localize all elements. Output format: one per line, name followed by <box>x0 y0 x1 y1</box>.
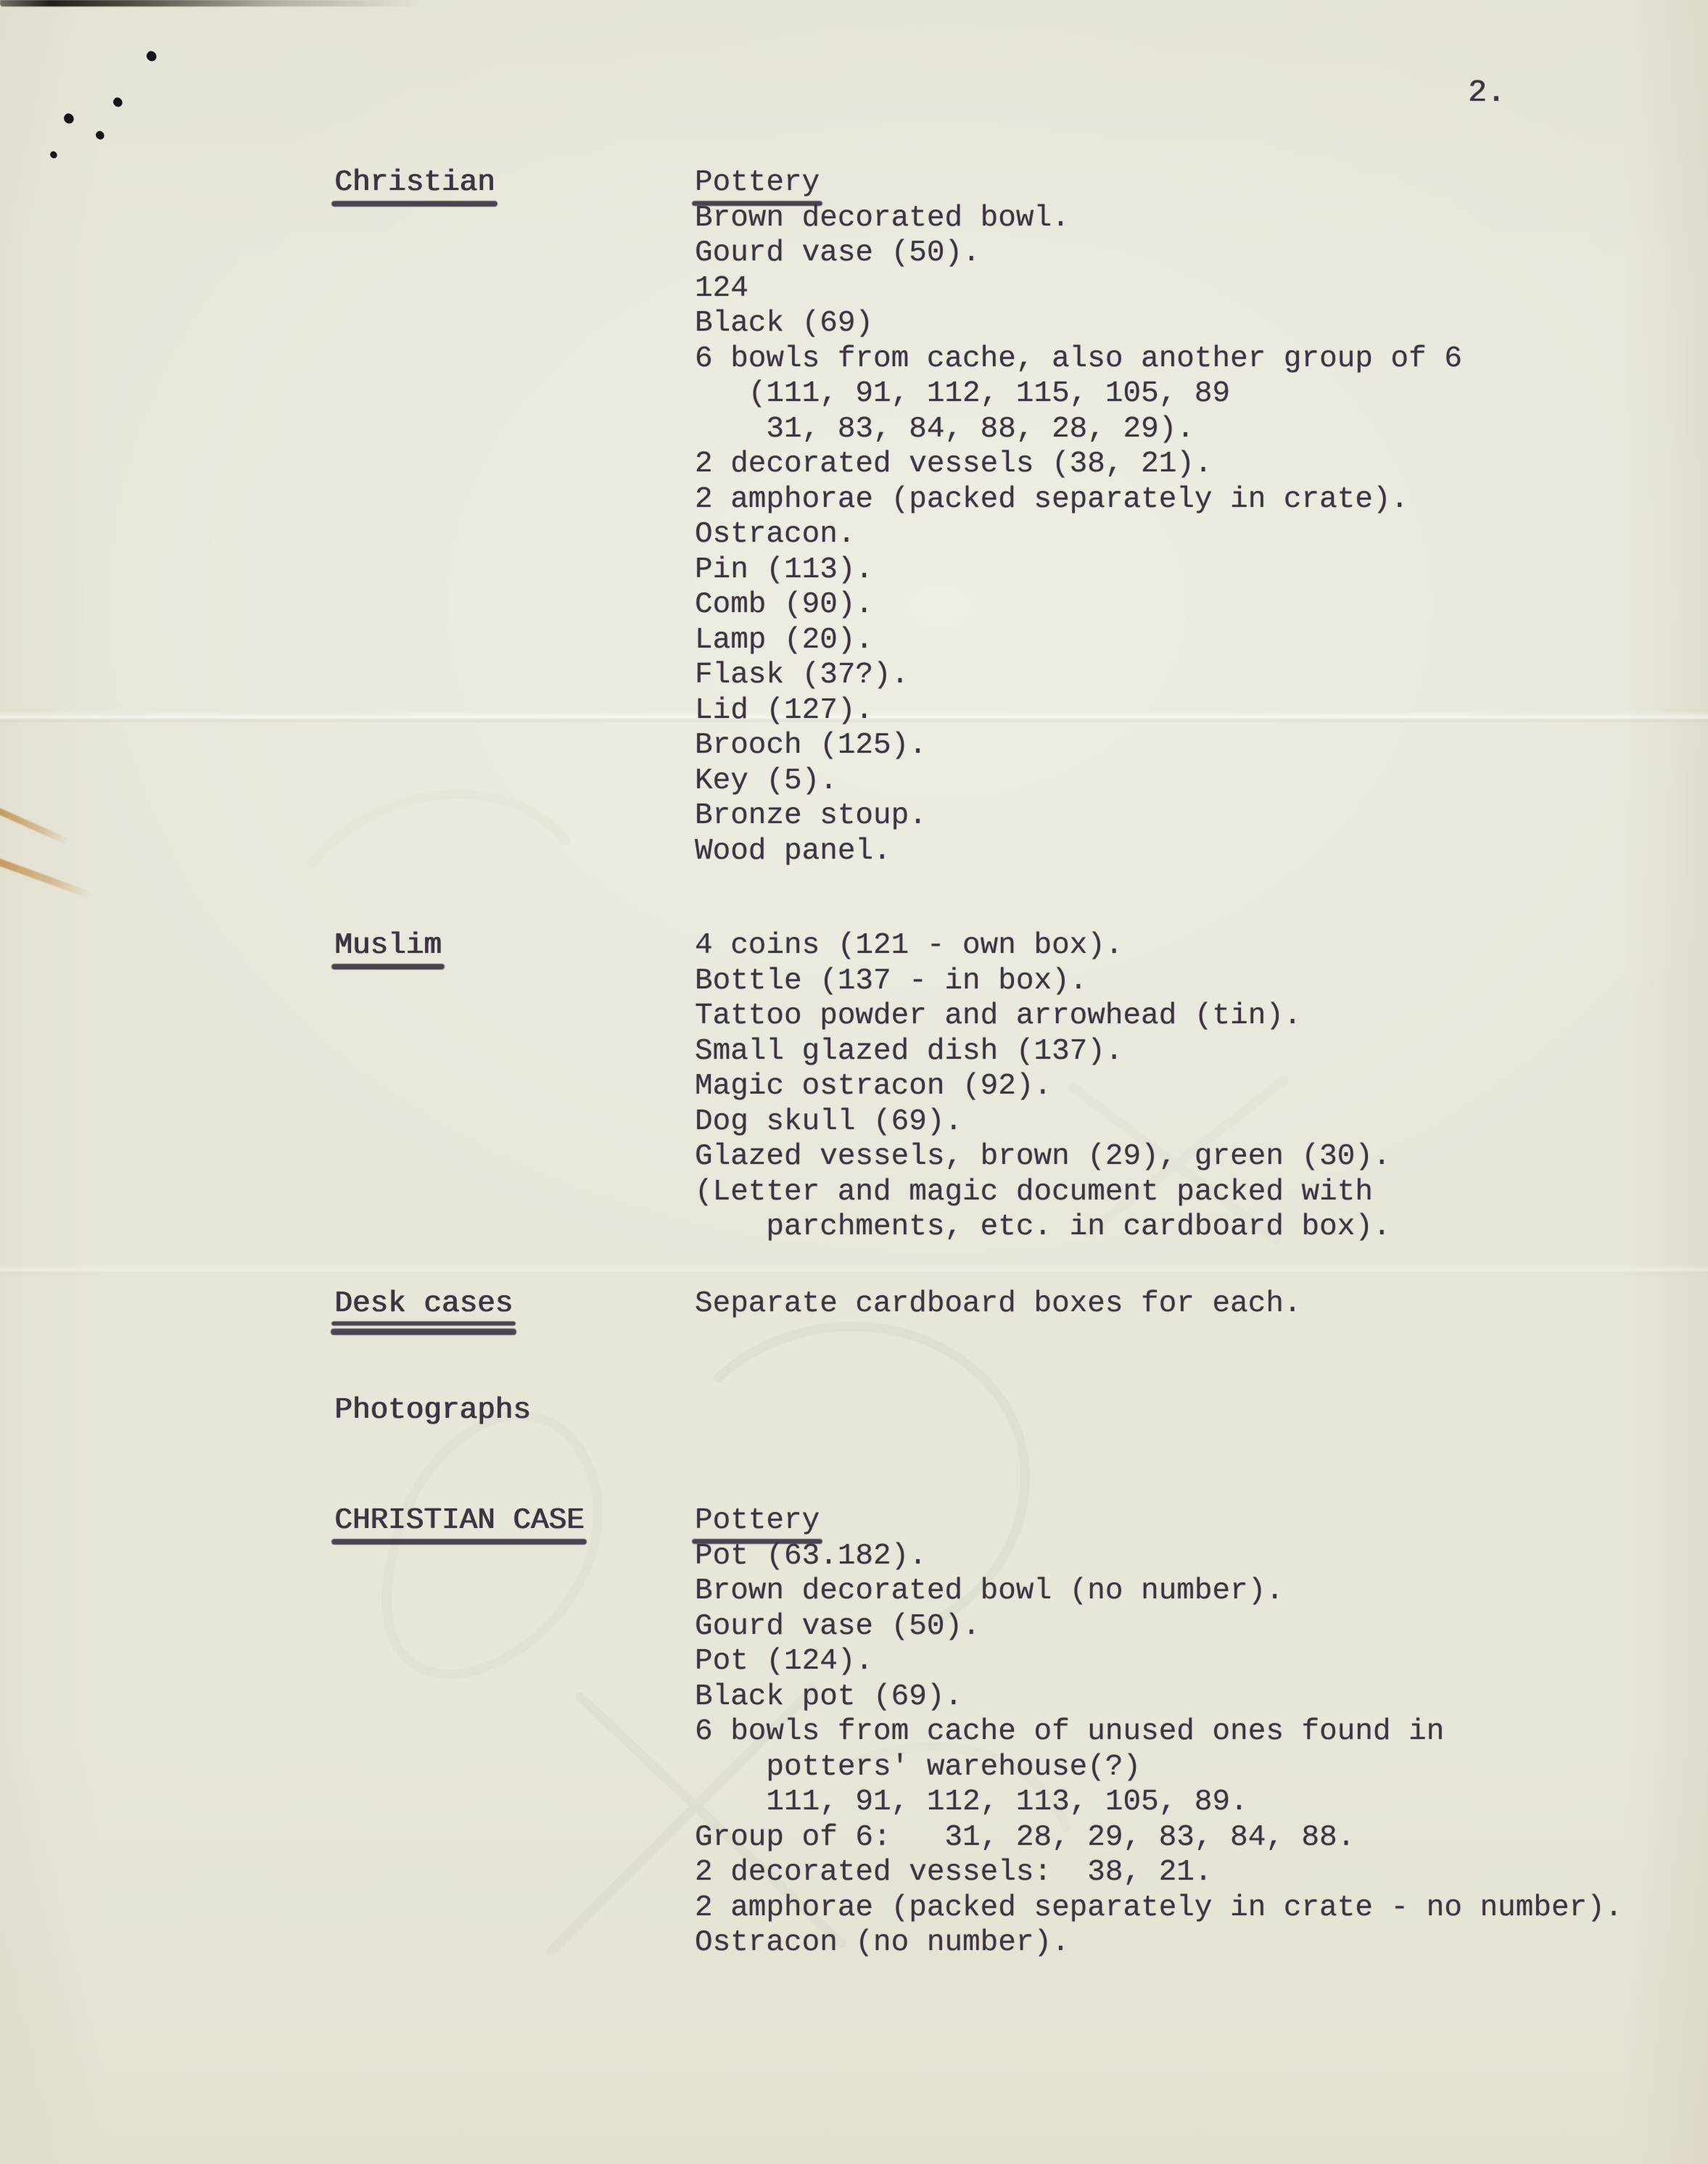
section-label-christian-case: CHRISTIAN CASE <box>334 1503 584 1539</box>
document-line: Brooch (125). <box>695 728 1462 764</box>
page-number: 2. <box>1468 75 1506 110</box>
section-label-text: CHRISTIAN CASE <box>334 1503 584 1539</box>
document-line: potters' warehouse(?) <box>695 1750 1622 1785</box>
document-line: Flask (37?). <box>695 658 1462 693</box>
document-line: Gourd vase (50). <box>695 236 1462 271</box>
ink-speck <box>144 49 158 63</box>
paper-stain-streak <box>0 806 70 845</box>
document-line: Comb (90). <box>695 587 1462 623</box>
document-line: Glazed vessels, brown (29), green (30). <box>695 1139 1391 1175</box>
document-line: Magic ostracon (92). <box>695 1069 1391 1104</box>
document-line: Black pot (69). <box>695 1680 1622 1715</box>
document-line: Black (69) <box>695 306 1462 342</box>
document-line: Lamp (20). <box>695 623 1462 658</box>
section-label-christian: Christian <box>334 165 495 201</box>
document-line: Pot (124). <box>695 1644 1622 1680</box>
paper-crease <box>0 1265 1708 1276</box>
document-line: (111, 91, 112, 115, 105, 89 <box>695 376 1462 412</box>
document-line: Pin (113). <box>695 553 1462 588</box>
ink-speck <box>112 96 125 109</box>
document-line: Ostracon. <box>695 517 1462 553</box>
section-label-text: Christian <box>334 165 495 201</box>
document-line: 6 bowls from cache, also another group o… <box>695 342 1462 377</box>
ink-speck <box>49 150 58 160</box>
document-line: 2 decorated vessels (38, 21). <box>695 447 1462 482</box>
document-line: Bronze stoup. <box>695 798 1462 834</box>
section-label-text: Photographs <box>334 1394 531 1427</box>
document-line: 2 decorated vessels: 38, 21. <box>695 1855 1622 1891</box>
document-line: Key (5). <box>695 764 1462 799</box>
scan-edge-smudge <box>0 0 421 7</box>
document-line: 6 bowls from cache of unused ones found … <box>695 1714 1622 1750</box>
document-line: Tattoo powder and arrowhead (tin). <box>695 999 1391 1034</box>
document-line: Ostracon (no number). <box>695 1925 1622 1961</box>
paper-stain-streak <box>0 857 92 899</box>
document-line: 111, 91, 112, 113, 105, 89. <box>695 1785 1622 1820</box>
document-line: 2 amphorae (packed separately in crate). <box>695 482 1462 518</box>
document-line: Small glazed dish (137). <box>695 1034 1391 1070</box>
document-line: Gourd vase (50). <box>695 1609 1622 1645</box>
section-label-text: Muslim <box>334 928 442 964</box>
document-line: Pot (63.182). <box>695 1539 1622 1574</box>
document-line: Wood panel. <box>695 834 1462 870</box>
section-content: Pottery Pot (63.182). Brown decorated bo… <box>695 1503 1622 1961</box>
section-label-photographs: Photographs <box>334 1393 531 1429</box>
document-line: 31, 83, 84, 88, 28, 29). <box>695 412 1462 447</box>
document-line: parchments, etc. in cardboard box). <box>695 1210 1391 1245</box>
subheading-pottery: Pottery <box>695 165 1462 201</box>
section-content: 4 coins (121 - own box). Bottle (137 - i… <box>695 928 1391 1245</box>
document-line: Lid (127). <box>695 693 1462 729</box>
section-label-desk-cases: Desk cases <box>334 1287 513 1322</box>
document-line: Brown decorated bowl (no number). <box>695 1574 1622 1609</box>
document-line: Separate cardboard boxes for each. <box>695 1287 1302 1322</box>
document-line: (Letter and magic document packed with <box>695 1175 1391 1210</box>
typewritten-document-page: 2. Christian Pottery Brown decorated bow… <box>0 0 1708 2164</box>
document-line: Brown decorated bowl. <box>695 201 1462 236</box>
document-line: Bottle (137 - in box). <box>695 964 1391 999</box>
ink-speck <box>94 129 106 141</box>
document-line: 4 coins (121 - own box). <box>695 928 1391 964</box>
document-line: Group of 6: 31, 28, 29, 83, 84, 88. <box>695 1820 1622 1856</box>
ink-speck <box>62 112 75 125</box>
section-label-text: Desk cases <box>334 1287 513 1322</box>
document-line: 2 amphorae (packed separately in crate -… <box>695 1891 1622 1926</box>
document-line: Dog skull (69). <box>695 1104 1391 1140</box>
section-label-muslim: Muslim <box>334 928 442 964</box>
section-content: Separate cardboard boxes for each. <box>695 1287 1302 1322</box>
document-line: 124 <box>695 271 1462 307</box>
section-content: Pottery Brown decorated bowl. Gourd vase… <box>695 165 1462 869</box>
subheading-pottery: Pottery <box>695 1503 1622 1539</box>
